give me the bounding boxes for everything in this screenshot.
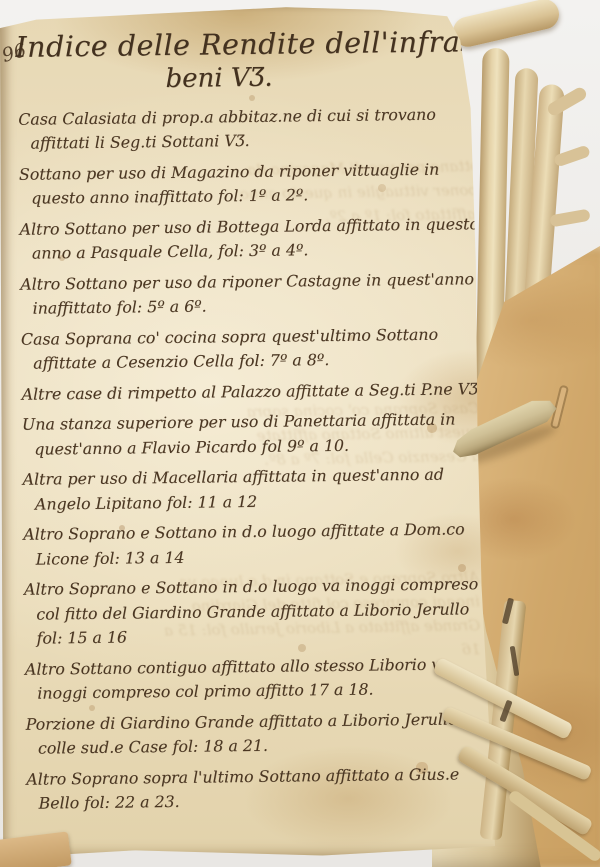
index-entry: Sottano per uso di Magazino da riponer v… bbox=[17, 157, 480, 212]
manuscript-page: Sottano per uso di Magazino da riponer v… bbox=[0, 6, 520, 858]
book-photo: Sottano per uso di Magazino da riponer v… bbox=[0, 0, 600, 867]
index-entry: Altro Soprano sopra l'ultimo Sottano aff… bbox=[24, 762, 487, 817]
index-entry: Altro Soprano e Sottano in d.o luogo aff… bbox=[21, 517, 484, 572]
page-corner-curl bbox=[450, 0, 562, 50]
page-title-line2: beni VƷ. bbox=[16, 61, 423, 96]
index-entry: Altro Sottano contiguo affittato allo st… bbox=[23, 652, 486, 707]
index-entry: Casa Soprana co' cocina sopra quest'ulti… bbox=[19, 322, 482, 377]
index-entry: Altre case di rimpetto al Palazzo affitt… bbox=[19, 377, 481, 407]
index-entry: Una stanza superiore per uso di Panettar… bbox=[20, 408, 483, 463]
stain-speckles bbox=[0, 6, 4, 10]
index-entry: Altro Sottano per uso di Bottega Lorda a… bbox=[17, 212, 480, 267]
index-entry: Porzione di Giardino Grande affittato a … bbox=[24, 707, 487, 762]
index-entry: Altra per uso di Macellaria affittata in… bbox=[21, 462, 484, 517]
handwritten-index: Indice delle Rendite dell'infrasitti ben… bbox=[15, 25, 487, 822]
index-entry: Casa Calasiata di prop.a abbitaz.ne di c… bbox=[16, 102, 479, 157]
index-entry: Altro Soprano e Sottano in d.o luogo va … bbox=[22, 572, 485, 651]
index-entry: Altro Sottano per uso da riponer Castagn… bbox=[18, 267, 481, 322]
page-title-line1: Indice delle Rendite dell'infrasitti bbox=[15, 25, 477, 64]
